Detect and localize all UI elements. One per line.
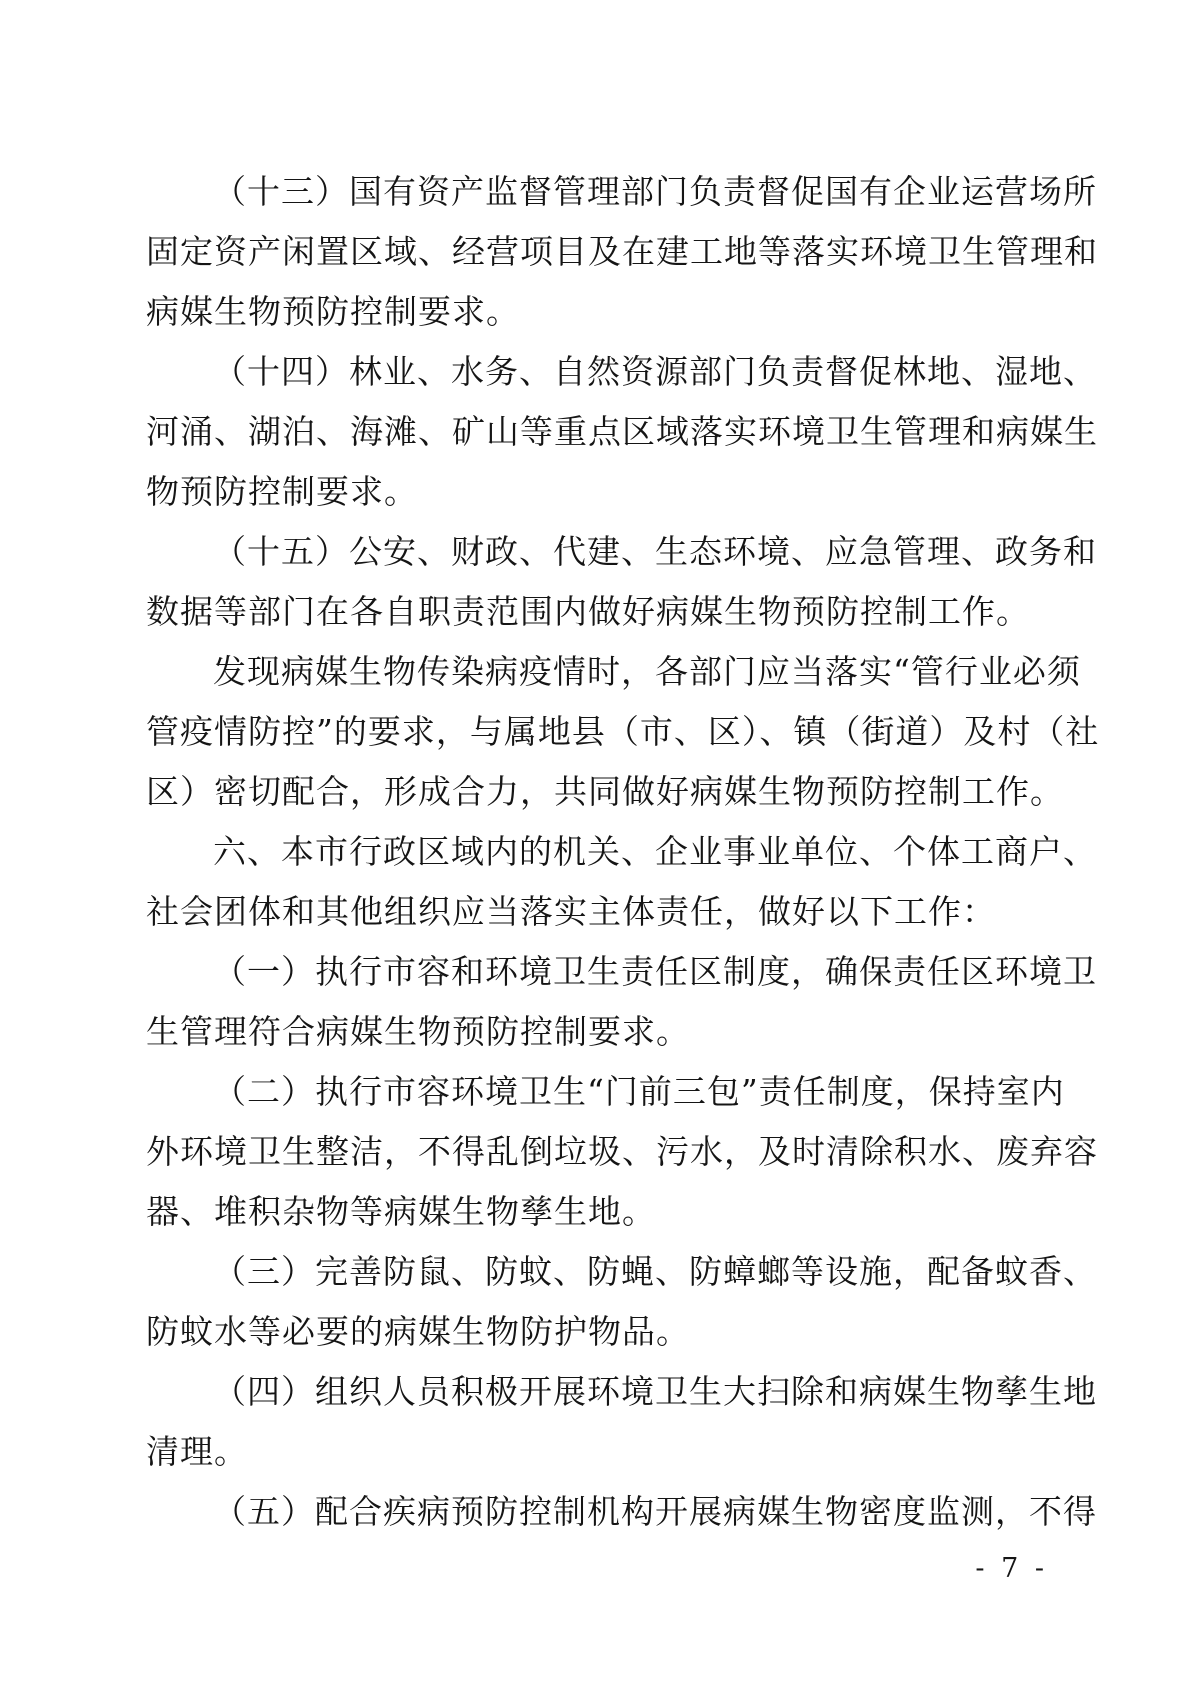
text-line: （一）执行市容和环境卫生责任区制度，确保责任区环境卫 [146, 942, 1048, 1002]
text-line: （十五）公安、财政、代建、生态环境、应急管理、政务和 [146, 522, 1048, 582]
text-line: 河涌、湖泊、海滩、矿山等重点区域落实环境卫生管理和病媒生 [146, 402, 1048, 462]
text-line: （十四）林业、水务、自然资源部门负责督促林地、湿地、 [146, 342, 1048, 402]
text-line: 区）密切配合，形成合力，共同做好病媒生物预防控制工作。 [146, 762, 1048, 822]
text-line: 数据等部门在各自职责范围内做好病媒生物预防控制工作。 [146, 582, 1048, 642]
text-line: 防蚊水等必要的病媒生物防护物品。 [146, 1302, 1048, 1362]
text-line: 器、堆积杂物等病媒生物孳生地。 [146, 1182, 1048, 1242]
text-line: （十三）国有资产监督管理部门负责督促国有企业运营场所 [146, 162, 1048, 222]
text-line: 管疫情防控”的要求，与属地县（市、区）、镇（街道）及村（社 [146, 702, 1048, 762]
text-line: （四）组织人员积极开展环境卫生大扫除和病媒生物孳生地 [146, 1362, 1048, 1422]
text-line: 外环境卫生整洁，不得乱倒垃圾、污水，及时清除积水、废弃容 [146, 1122, 1048, 1182]
text-line: （三）完善防鼠、防蚊、防蝇、防蟑螂等设施，配备蚊香、 [146, 1242, 1048, 1302]
text-line: 病媒生物预防控制要求。 [146, 282, 1048, 342]
text-line: 发现病媒生物传染病疫情时，各部门应当落实“管行业必须 [146, 642, 1048, 702]
page-number: - 7 - [975, 1552, 1048, 1586]
text-line: 六、本市行政区域内的机关、企业事业单位、个体工商户、 [146, 822, 1048, 882]
text-line: 固定资产闲置区域、经营项目及在建工地等落实环境卫生管理和 [146, 222, 1048, 282]
text-line: 生管理符合病媒生物预防控制要求。 [146, 1002, 1048, 1062]
document-body: （十三）国有资产监督管理部门负责督促国有企业运营场所固定资产闲置区域、经营项目及… [146, 162, 1048, 1542]
text-line: （五）配合疾病预防控制机构开展病媒生物密度监测，不得 [146, 1482, 1048, 1542]
text-line: 清理。 [146, 1422, 1048, 1482]
document-page: （十三）国有资产监督管理部门负责督促国有企业运营场所固定资产闲置区域、经营项目及… [0, 0, 1191, 1684]
text-line: （二）执行市容环境卫生“门前三包”责任制度，保持室内 [146, 1062, 1048, 1122]
text-line: 物预防控制要求。 [146, 462, 1048, 522]
text-line: 社会团体和其他组织应当落实主体责任，做好以下工作： [146, 882, 1048, 942]
